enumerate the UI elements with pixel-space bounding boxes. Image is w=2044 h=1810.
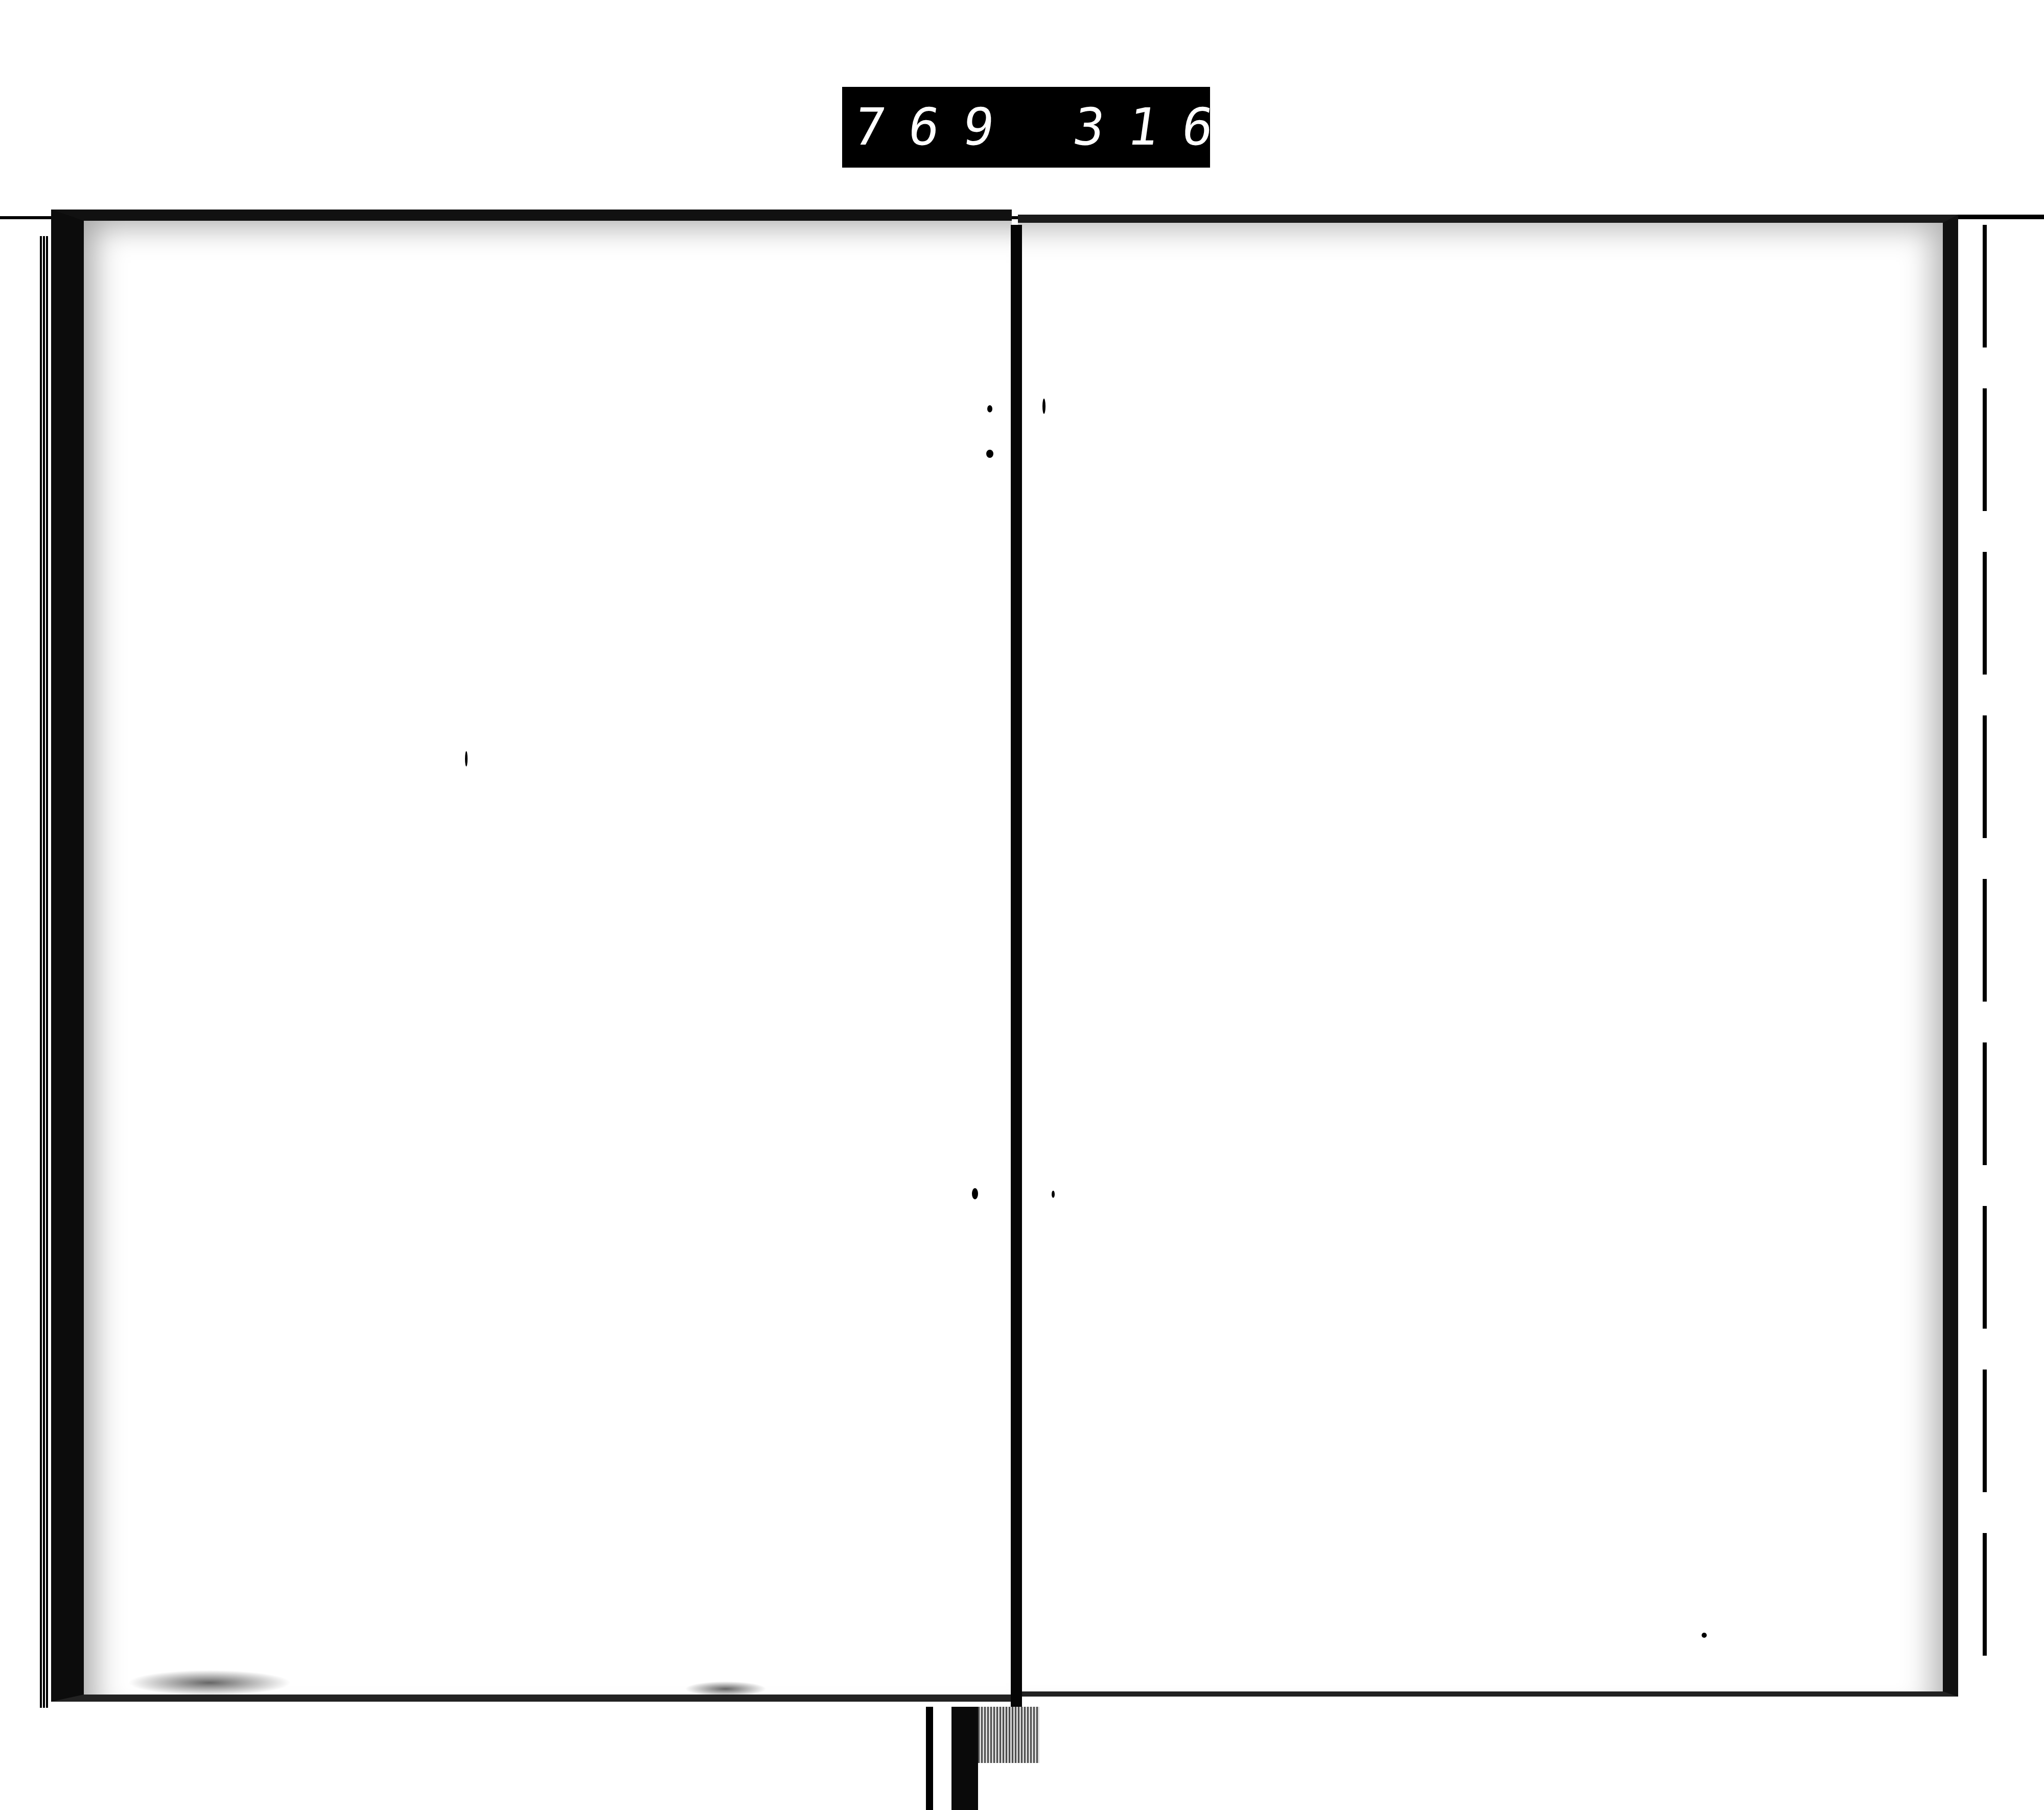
speck — [986, 450, 993, 458]
speck — [972, 1188, 978, 1199]
bottom-smudge — [685, 1681, 766, 1697]
spine-tab-shade — [978, 1707, 1039, 1763]
bottom-smudge — [128, 1670, 291, 1696]
reel-label: 769 316. — [842, 87, 1210, 168]
left-page — [51, 210, 1012, 1702]
speck — [987, 405, 992, 412]
speck — [465, 751, 468, 767]
spine-tab-mid — [951, 1707, 978, 1810]
spine-tab-left — [926, 1707, 933, 1810]
speck — [1042, 399, 1046, 414]
right-page — [1018, 215, 1958, 1697]
reel-number-second: 316. — [1070, 102, 1294, 153]
right-edge-strip — [1983, 225, 1987, 1697]
speck — [1052, 1191, 1055, 1198]
book-spine — [1011, 225, 1022, 1707]
reel-number-first: 769 — [851, 102, 1021, 153]
speck — [1702, 1633, 1707, 1638]
